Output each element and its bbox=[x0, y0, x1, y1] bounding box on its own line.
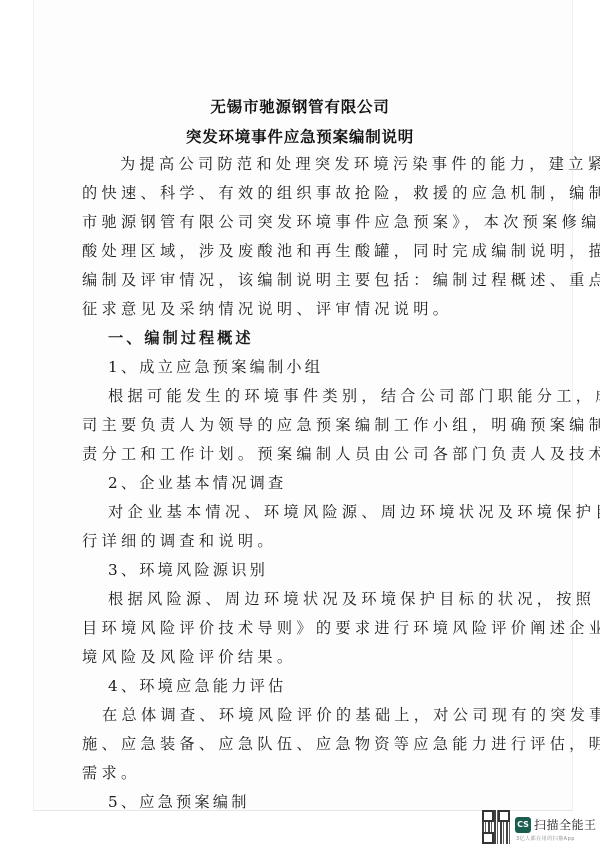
subsection-title: 2、企业基本情况调查 bbox=[108, 473, 286, 493]
subsection-title: 5、应急预案编制 bbox=[108, 792, 250, 812]
subsection-title: 3、环境风险源识别 bbox=[108, 560, 268, 580]
intro-line: 的快速、科学、有效的组织事故抢险，救援的应急机制，编制了《无锡 bbox=[82, 183, 600, 203]
paragraph-line: 在总体调查、环境风险评价的基础上，对公司现有的突发事件预防措 bbox=[102, 705, 600, 725]
paragraph-line: 责分工和工作计划。预案编制人员由公司各部门负责人及技术人员组成。 bbox=[82, 444, 600, 464]
paragraph-line: 目环境风险评价技术导则》的要求进行环境风险评价阐述企业存在的环 bbox=[82, 618, 600, 638]
section-heading: 一、编制过程概述 bbox=[108, 328, 254, 348]
intro-line: 编制及评审情况，该编制说明主要包括：编制过程概述、重点内容说明， bbox=[82, 270, 600, 290]
intro-line: 市驰源钢管有限公司突发环境事件应急预案》，本次预案修编增加了废 bbox=[82, 212, 600, 232]
intro-line: 征求意见及采纳情况说明、评审情况说明。 bbox=[82, 299, 452, 319]
company-title: 无锡市驰源钢管有限公司 bbox=[0, 95, 600, 117]
paragraph-line: 需求。 bbox=[82, 763, 140, 783]
qr-code-icon bbox=[482, 810, 510, 844]
paragraph-line: 施、应急装备、应急队伍、应急物资等应急能力进行评估，明确进一步 bbox=[82, 734, 600, 754]
document-title: 突发环境事件应急预案编制说明 bbox=[0, 125, 600, 147]
intro-line: 酸处理区域，涉及废酸池和再生酸罐，同时完成编制说明，描述本预案 bbox=[82, 241, 600, 261]
paragraph-line: 司主要负责人为领导的应急预案编制工作小组，明确预案编制任务，职 bbox=[82, 415, 600, 435]
intro-line: 为提高公司防范和处理突发环境污染事件的能力，建立紧急情况下 bbox=[120, 154, 600, 174]
paragraph-line: 对企业基本情况、环境风险源、周边环境状况及环境保护目标等进 bbox=[108, 502, 600, 522]
paragraph-line: 根据可能发生的环境事件类别，结合公司部门职能分工，成立以公 bbox=[108, 386, 600, 406]
camscanner-logo-icon: CS bbox=[515, 817, 531, 833]
subsection-title: 1、成立应急预案编制小组 bbox=[108, 357, 323, 377]
watermark-brand: 扫描全能王 bbox=[534, 816, 597, 833]
watermark-tagline: 3亿人都在用的扫描App bbox=[516, 835, 575, 842]
subsection-title: 4、环境应急能力评估 bbox=[108, 676, 286, 696]
paragraph-line: 境风险及风险评价结果。 bbox=[82, 647, 296, 667]
paragraph-line: 行详细的调查和说明。 bbox=[82, 531, 277, 551]
paragraph-line: 根据风险源、周边环境状况及环境保护目标的状况，按照《建设项 bbox=[108, 589, 600, 609]
